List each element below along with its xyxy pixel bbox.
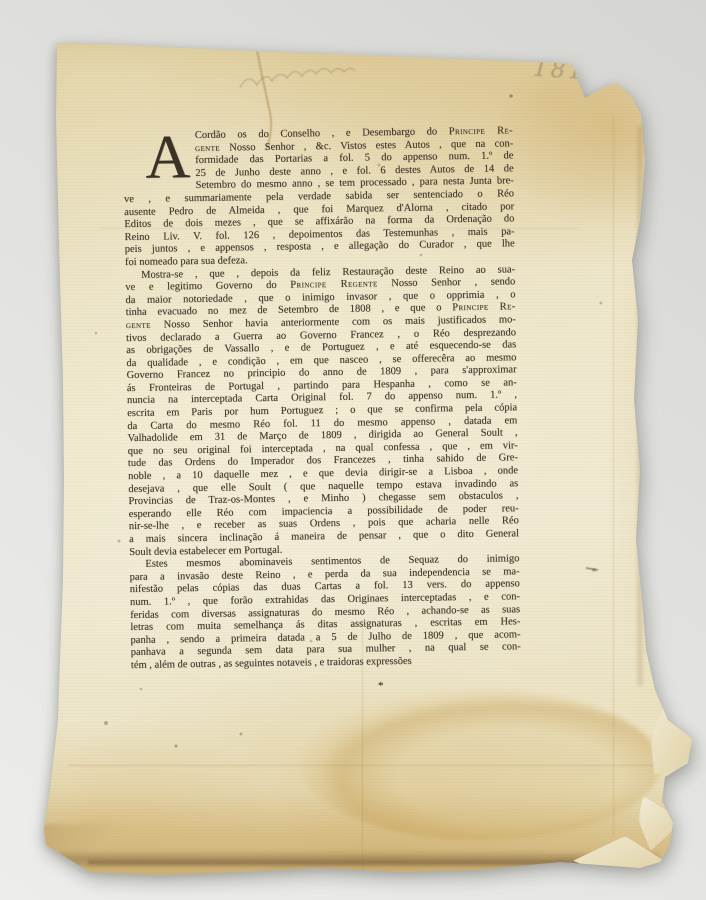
torn-edge-bottom bbox=[58, 854, 658, 866]
text-line: da Carta do mesmo Réo fol. 11 do mesmo a… bbox=[127, 415, 517, 433]
document-text: ACordão os do Conselho , e Desembargo do… bbox=[123, 125, 521, 672]
torn-edge-bottom-dark bbox=[88, 860, 628, 865]
text-line: as obrigações de Vassallo , e de Portugu… bbox=[126, 339, 516, 357]
paper-texture bbox=[28, 36, 694, 882]
torn-edge-left bbox=[28, 96, 31, 820]
text-line: Setembro do mesmo anno , se tem processa… bbox=[124, 176, 514, 194]
stain-crack-line bbox=[255, 38, 271, 150]
text-line: ve , e summariamente pela verdade sabida… bbox=[124, 188, 514, 206]
text-line: feridas com diversas assignaturas do mes… bbox=[130, 604, 520, 622]
stain-ring-bottom bbox=[300, 690, 660, 840]
text-line: Cordão os do Conselho , e Desembargo do … bbox=[123, 125, 513, 143]
text-line: noble , a 10 daquelle mez , e que devia … bbox=[128, 465, 518, 483]
text-line: tivos declarado a Guerra ao Governo Fran… bbox=[126, 327, 516, 345]
crease-vertical-center bbox=[362, 620, 363, 875]
text-line: da maior notoriedade , que o inimigo inv… bbox=[125, 289, 515, 307]
text-line: esperando elle Réo com impaciencia a pos… bbox=[129, 503, 519, 521]
text-line: Editos de dois mezes , que se affixárão … bbox=[124, 213, 514, 231]
text-line: para a invasão deste Reino , e perda da … bbox=[130, 566, 520, 584]
crease-horizontal-upper bbox=[98, 228, 578, 229]
text-line: panha , sendo a primeira datada a 5 de J… bbox=[130, 629, 520, 647]
text-line: Governo Francez no principio do anno de … bbox=[127, 365, 517, 383]
pencil-year-mark: 1810 bbox=[532, 56, 604, 87]
paper-shadow: 1810 ACordão os do Conselho , e Desembar… bbox=[28, 36, 694, 882]
crease-horizontal bbox=[68, 765, 668, 766]
text-line: tude das Ordens do Imperador dos Francez… bbox=[128, 453, 518, 471]
text-line: que no seu original foi interceptada , n… bbox=[128, 440, 518, 458]
text-line: formidade das Portarias a fol. 5 do appe… bbox=[123, 150, 513, 168]
text-line: desejava , que elle Soult ( que naquelle… bbox=[128, 478, 518, 496]
ink-dash-mark bbox=[586, 568, 598, 570]
photo-background: 1810 ACordão os do Conselho , e Desembar… bbox=[0, 0, 706, 900]
text-line: nuncia na interceptada Carta Original fo… bbox=[127, 390, 517, 408]
text-line: panhava a segunda sem data para sua mulh… bbox=[131, 642, 521, 660]
text-line: ausente Pedro de Almeida , que foi Marqu… bbox=[124, 201, 514, 219]
paragraph: Mostra-se , que , depois da feliz Restau… bbox=[125, 264, 519, 559]
torn-edge-top bbox=[48, 36, 593, 39]
text-line: 25 de Junho deste anno , e fol. 6 destes… bbox=[124, 163, 514, 181]
pencil-marks-layer bbox=[28, 36, 694, 882]
text-line: gente Nosso Senhor havia anteriormente c… bbox=[126, 314, 516, 332]
paragraph: Estes mesmos abominaveis sentimentos de … bbox=[129, 553, 521, 672]
text-line: Valhadolide em 31 de Março de 1809 , dir… bbox=[127, 427, 517, 445]
text-line: num. 1.º , que forão extrahidas das Orig… bbox=[130, 591, 520, 609]
text-line: peis juntos , e appensos , resposta , e … bbox=[125, 239, 515, 257]
cut-corner-bottom-left bbox=[34, 824, 124, 880]
text-line: ve e legitimo Governo do Principe Regent… bbox=[125, 276, 515, 294]
text-line: Soult devia estabelecer em Portugal. bbox=[129, 541, 519, 559]
text-line: tém , além de outras , as seguintes nota… bbox=[131, 654, 521, 672]
torn-flap-bottom-right bbox=[573, 836, 668, 876]
text-line: Estes mesmos abominaveis sentimentos de … bbox=[129, 553, 519, 571]
text-line: Reino Liv. V. fol. 126 , depoimentos das… bbox=[124, 226, 514, 244]
stain-bottom-band bbox=[28, 792, 694, 882]
text-line: escrita em Paris por hum Portuguez ; o q… bbox=[127, 402, 517, 420]
text-line: a mais sincera inclinação á maneira de p… bbox=[129, 528, 519, 546]
text-line: letras com muita semelhança ás ditas ass… bbox=[130, 616, 520, 634]
text-line: nifestão pelas cópias das duas Cartas a … bbox=[130, 579, 520, 597]
foxing-spots bbox=[28, 36, 30, 38]
torn-flap-right bbox=[638, 796, 683, 851]
torn-flap-corner bbox=[650, 708, 694, 778]
text-line: ás Fronteiras de Portugal , partindo par… bbox=[127, 377, 517, 395]
torn-edge-right bbox=[638, 126, 642, 686]
signature-mark: * bbox=[378, 680, 384, 692]
text-line: gente Nosso Senhor , &c. Vistos estes Au… bbox=[123, 138, 513, 156]
drop-cap: A bbox=[145, 133, 191, 183]
crease-vertical-right bbox=[613, 116, 614, 836]
text-line: da qualidade , e condição , em que nasce… bbox=[126, 352, 516, 370]
stain-mottle bbox=[28, 36, 694, 882]
text-line: foi nomeado para sua defeza. bbox=[125, 251, 515, 269]
paragraph: ACordão os do Conselho , e Desembargo do… bbox=[123, 125, 515, 269]
text-line: tinha evacuado no mez de Setembro de 180… bbox=[126, 302, 516, 320]
paper-sheet: 1810 ACordão os do Conselho , e Desembar… bbox=[28, 36, 694, 882]
text-line: Provincias de Traz-os-Montes , e Minho )… bbox=[128, 490, 518, 508]
text-line: Mostra-se , que , depois da feliz Restau… bbox=[125, 264, 515, 282]
pencil-scribble bbox=[240, 68, 355, 88]
text-line: nir-se-lhe , e receber as suas Ordens , … bbox=[129, 516, 519, 534]
